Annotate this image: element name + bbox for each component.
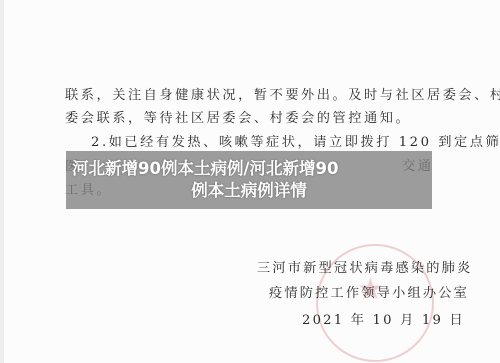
signature-date: 2021 年 10 月 19 日 bbox=[302, 309, 465, 328]
title-overlay: 河北新增90例本土病例/河北新增90 例本土病例详情 bbox=[66, 151, 432, 209]
signature-org-line-1: 三河市新型冠状病毒感染的肺炎 bbox=[257, 257, 472, 276]
body-line-1: 联系，关注自身健康状况，暂不要外出。及时与社区居委会、村 bbox=[65, 84, 500, 103]
body-line-2: 委会联系，等待社区居委会、村委会的管控通知。 bbox=[65, 107, 411, 126]
signature-org-line-2: 疫情防控工作领导小组办公室 bbox=[269, 282, 469, 301]
page-edge bbox=[0, 0, 4, 363]
overlay-title-line-1: 河北新增90例本土病例/河北新增90 bbox=[72, 159, 438, 179]
document-page: 联系，关注自身健康状况，暂不要外出。及时与社区居委会、村 委会联系，等待社区居委… bbox=[0, 0, 500, 363]
body-line-3: 2.如已经有发热、咳嗽等症状，请立即拨打 120 到定点筛查 bbox=[91, 131, 500, 150]
overlay-title-line-2: 例本土病例详情 bbox=[66, 181, 432, 201]
